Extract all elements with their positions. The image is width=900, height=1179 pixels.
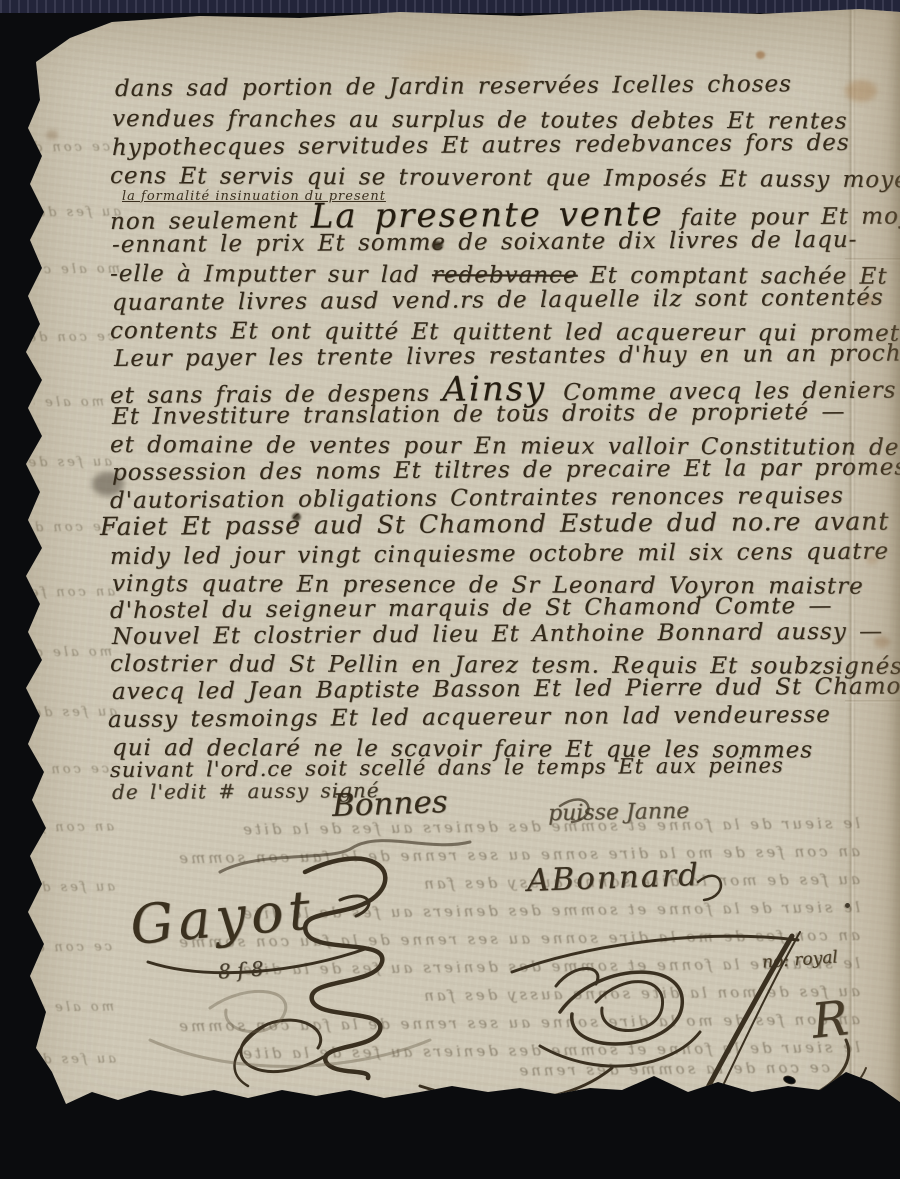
edge-vignette [0,0,900,1179]
manuscript-page: ce con de la somme des renne au fes de m… [0,0,900,1179]
manuscript-photo: ce con de la somme des renne au fes de m… [0,0,900,1179]
cloth-band [0,0,900,13]
